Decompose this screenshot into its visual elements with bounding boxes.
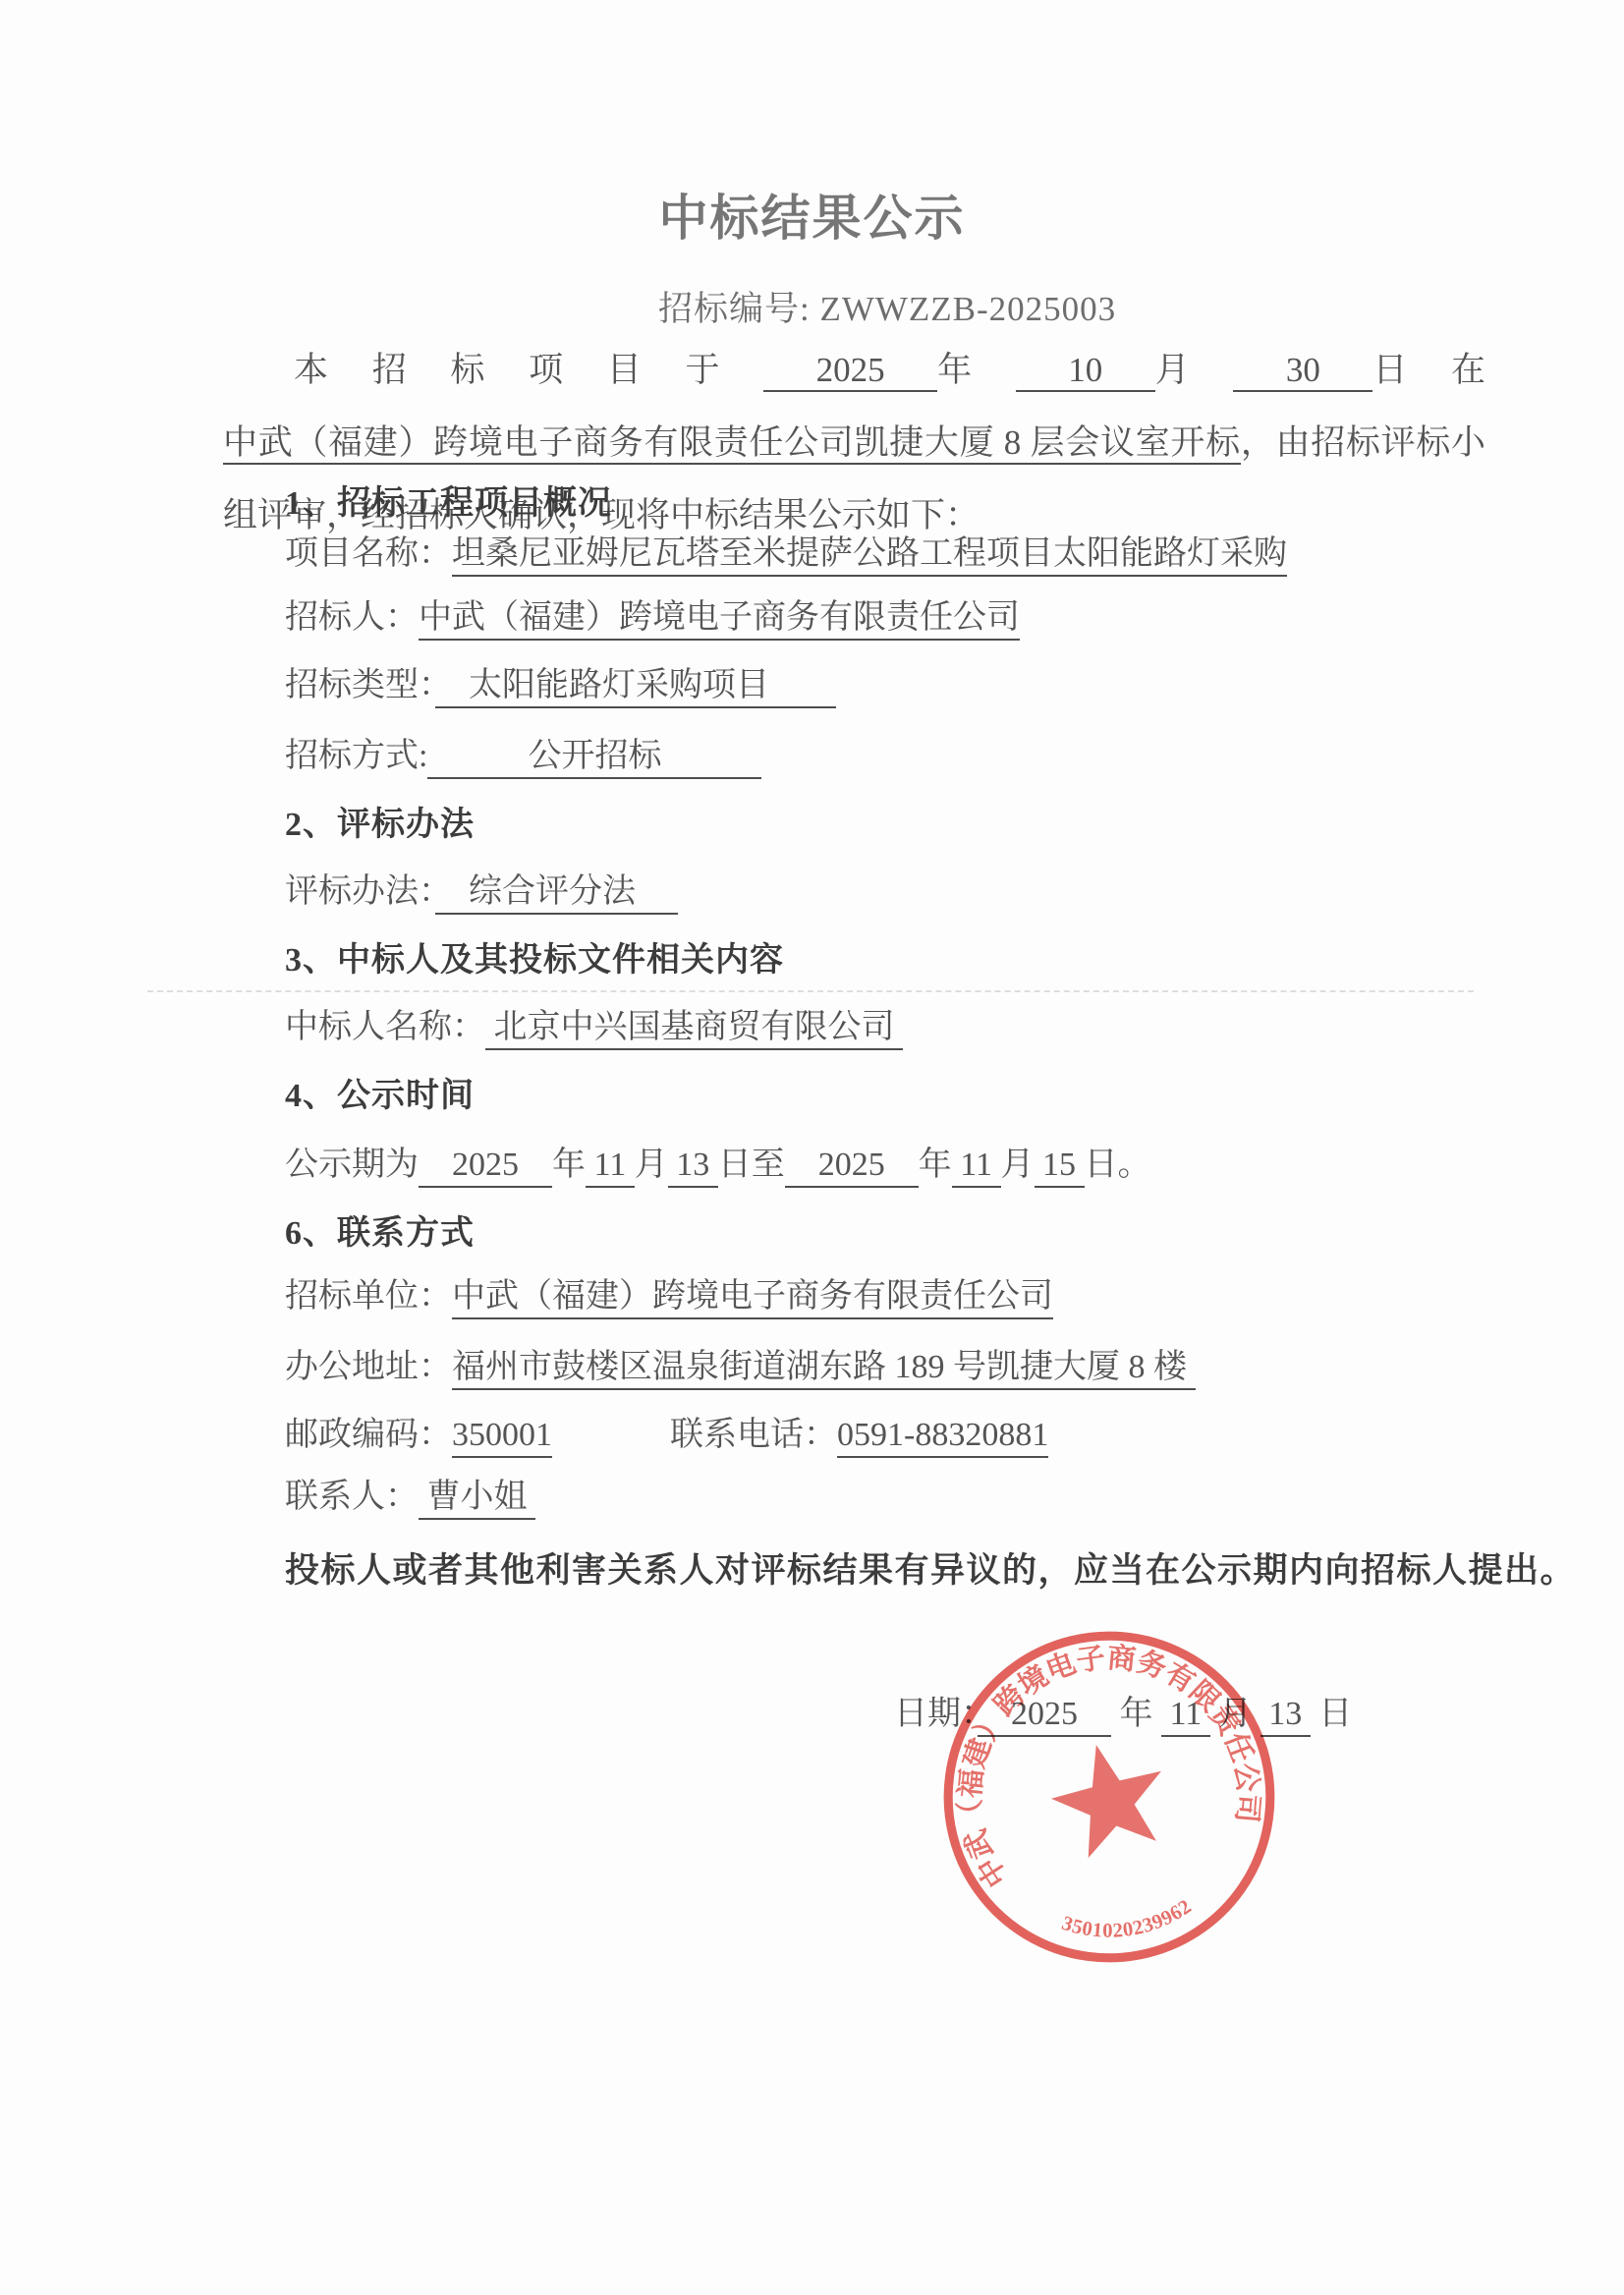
document-title: 中标结果公示	[0, 179, 1624, 250]
postal-phone-row: 邮政编码：350001联系电话：0591-88320881	[285, 1415, 1048, 1456]
scan-artifact-line	[147, 990, 1474, 992]
office-address-row: 办公地址：福州市鼓楼区温泉街道湖东路 189 号凯捷大厦 8 楼	[285, 1347, 1196, 1388]
section-1-heading: 1、招标工程项目概况	[285, 483, 612, 525]
section-4-heading: 4、公示时间	[285, 1076, 475, 1117]
official-seal: 中武（福建）跨境电子商务有限责任公司 3501020239962	[896, 1584, 1322, 2010]
section-6-heading: 6、联系方式	[285, 1213, 475, 1255]
evaluation-method-row: 评标办法： 综合评分法	[285, 871, 678, 913]
objection-notice-row: 投标人或者其他利害关系人对评标结果有异议的，应当在公示期内向招标人提出。	[285, 1550, 1576, 1592]
bid-method-row: 招标方式: 公开招标	[285, 736, 761, 777]
tenderer-row: 招标人：中武（福建）跨境电子商务有限责任公司	[285, 597, 1020, 639]
winner-name-row: 中标人名称： 北京中兴国基商贸有限公司	[285, 1007, 903, 1048]
section-2-heading: 2、评标办法	[285, 805, 475, 846]
bid-type-row: 招标类型： 太阳能路灯采购项目	[285, 665, 836, 706]
section-3-heading: 3、中标人及其投标文件相关内容	[285, 940, 784, 981]
bid-number: 招标编号: ZWWZZB-2025003	[658, 282, 1116, 331]
publicity-period-row: 公示期为 2025 年 11 月 13 日至 2025 年 11 月 15 日。	[285, 1145, 1151, 1186]
scanned-document-page: 中标结果公示 招标编号: ZWWZZB-2025003 本招标项目于 2025 …	[0, 0, 1624, 2295]
tender-unit-row: 招标单位：中武（福建）跨境电子商务有限责任公司	[285, 1276, 1053, 1317]
project-name-row: 项目名称：坦桑尼亚姆尼瓦塔至米提萨公路工程项目太阳能路灯采购	[285, 533, 1287, 575]
contact-person-row: 联系人： 曹小姐	[285, 1477, 535, 1518]
star-icon	[1041, 1731, 1178, 1863]
